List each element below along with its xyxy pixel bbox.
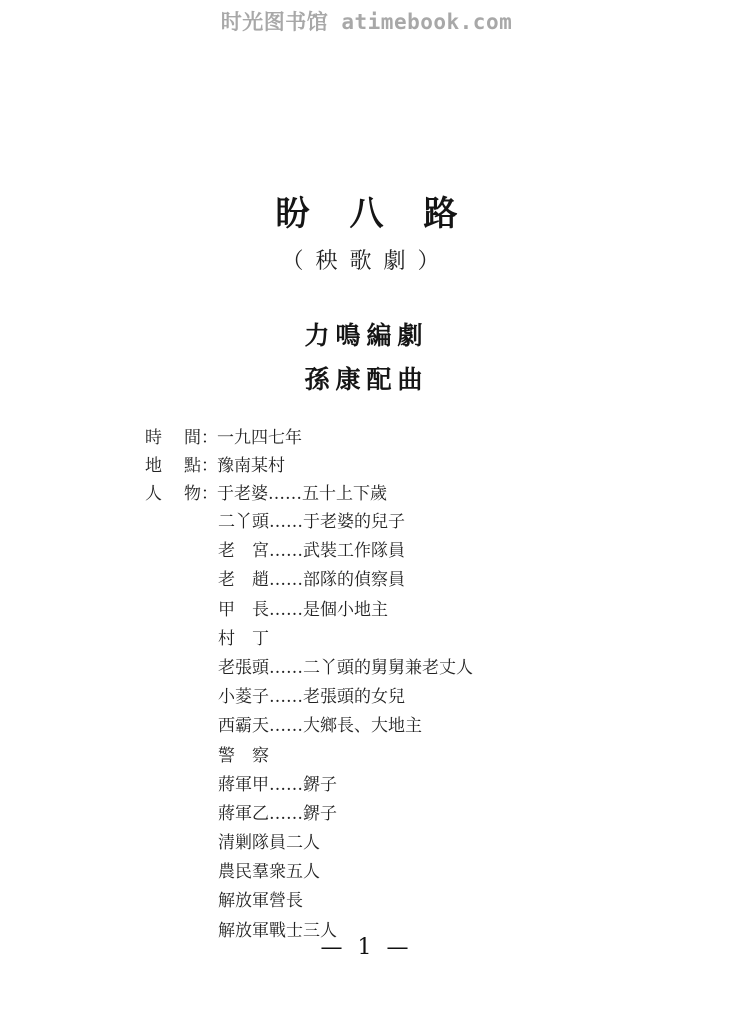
cast-item: 甲 長……是個小地主 — [218, 596, 473, 625]
cast-item: 老 宮……武裝工作隊員 — [218, 537, 473, 566]
watermark: 时光图书馆 atimebook.com — [0, 6, 733, 36]
cast-first: 于老婆……五十上下歲 — [217, 480, 387, 508]
cast-item: 村 丁 — [218, 625, 473, 654]
cast-item: 農民羣衆五人 — [218, 858, 473, 887]
cast-item: 二丫頭……于老婆的兒子 — [218, 508, 473, 537]
info-label: 時間 — [145, 424, 201, 452]
info-value: 一九四七年 — [217, 424, 302, 452]
author-credit: 力鳴編劇 — [0, 316, 733, 352]
cast-item: 清剿隊員二人 — [218, 829, 473, 858]
info-time: 時間 ： 一九四七年 — [145, 424, 387, 452]
info-place: 地點 ： 豫南某村 — [145, 452, 387, 480]
cast-item: 解放軍營長 — [218, 887, 473, 916]
composer-credit: 孫康配曲 — [0, 360, 733, 396]
play-genre: （秧歌劇） — [0, 244, 733, 275]
info-label: 地點 — [145, 452, 201, 480]
info-value: 豫南某村 — [217, 452, 285, 480]
cast-list: 二丫頭……于老婆的兒子 老 宮……武裝工作隊員 老 趙……部隊的偵察員 甲 長…… — [218, 508, 473, 946]
cast-item: 老張頭……二丫頭的舅舅兼老丈人 — [218, 654, 473, 683]
cast-item: 警 察 — [218, 742, 473, 771]
play-info: 時間 ： 一九四七年 地點 ： 豫南某村 人物 ： 于老婆……五十上下歲 — [145, 424, 387, 508]
cast-item: 小菱子……老張頭的女兒 — [218, 683, 473, 712]
cast-item: 蔣軍甲……鎅子 — [218, 771, 473, 800]
cast-item: 蔣軍乙……鎅子 — [218, 800, 473, 829]
cast-item: 西霸天……大鄉長、大地主 — [218, 712, 473, 741]
info-characters: 人物 ： 于老婆……五十上下歲 — [145, 480, 387, 508]
page-number: — 1 — — [0, 935, 733, 960]
play-title: 盼八路 — [0, 186, 733, 235]
info-label: 人物 — [145, 480, 201, 508]
cast-item: 老 趙……部隊的偵察員 — [218, 566, 473, 595]
